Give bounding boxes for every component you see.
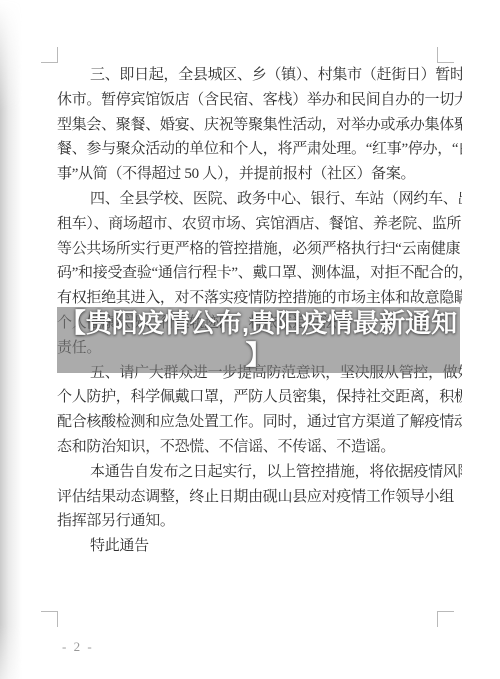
watermark-title-line-2: 】: [57, 339, 460, 371]
margin-corner-mark-top-left: [41, 47, 58, 63]
document-line: 特此通告: [57, 534, 462, 559]
document-line: 本通告自发布之日起实行，以上管控措施，将依据疫情风险: [57, 460, 462, 485]
document-line: 等公共场所实行更严格的管控措施，必须严格执行扫“云南健康: [57, 237, 462, 262]
document-line: 休市。暂停宾馆饭店（含民宿、客栈）举办和民间自办的一切大: [57, 88, 462, 113]
document-line: 餐、参与聚众活动的单位和个人，将严肃处理。“红事”停办，“白: [57, 137, 462, 162]
document-line: 指挥部另行通知。: [57, 509, 462, 534]
scanned-notice-page: { "page": { "paper_color": "#ffffff", "t…: [0, 0, 500, 679]
document-line: 码”和接受查验“通信行程卡”、戴口罩、测体温，对拒不配合的，: [57, 261, 462, 286]
watermark-title-line-1: 【贵阳疫情公布,贵阳疫情最新通知: [57, 307, 460, 339]
photo-edge-shadow: [0, 0, 22, 679]
margin-corner-mark-top-right: [437, 47, 454, 63]
document-line: 配合核酸检测和应急处置工作。同时，通过官方渠道了解疫情动: [57, 410, 462, 435]
document-line: 四、全县学校、医院、政务中心、银行、车站（网约车、出: [57, 187, 462, 212]
document-line: 态和防治知识，不恐慌、不信谣、不传谣、不造谣。: [57, 435, 462, 460]
margin-corner-mark-bottom-left: [41, 611, 58, 627]
document-line: 个人防护，科学佩戴口罩，严防人员密集，保持社交距离，积极: [57, 385, 462, 410]
document-line: 三、即日起，全县城区、乡（镇）、村集市（赶街日）暂时: [57, 63, 462, 88]
document-line: 事”从简（不得超过 50 人），并提前报村（社区）备案。: [57, 162, 462, 187]
document-line: 型集会、聚餐、婚宴、庆祝等聚集性活动，对举办或承办集体聚: [57, 113, 462, 138]
watermark-banner: 【贵阳疫情公布,贵阳疫情最新通知 】: [57, 307, 460, 373]
margin-corner-mark-bottom-right: [437, 611, 454, 627]
document-line: 租车）、商场超市、农贸市场、宾馆酒店、餐馆、养老院、监所: [57, 212, 462, 237]
page-number: - 2 -: [62, 639, 94, 655]
document-line: 评估结果动态调整，终止日期由砚山县应对疫情工作领导小组: [57, 485, 462, 510]
